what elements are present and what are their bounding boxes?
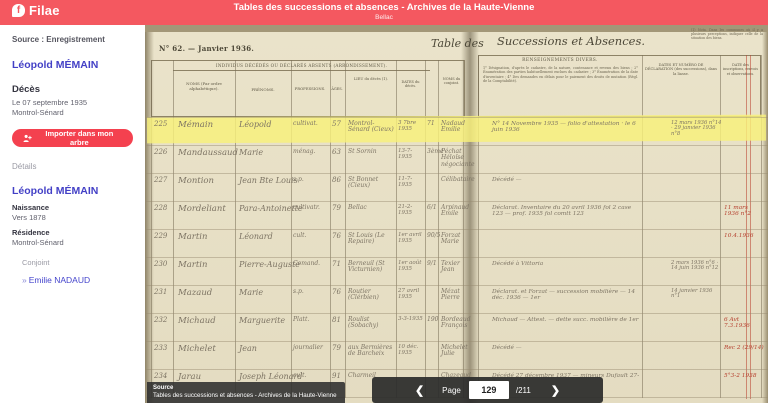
cell-age: 81: [332, 317, 341, 324]
cell-profession: cultivatr.: [293, 205, 328, 211]
cell-date: 11-7-1935: [398, 177, 424, 189]
cell-nom: Jarau: [178, 373, 201, 382]
right-column-declaration: DATES ET NUMÉRO DE DÉCLARATION (des succ…: [644, 63, 718, 76]
cell-age: 76: [332, 289, 341, 296]
cell-profession: journalier: [293, 345, 328, 351]
register-table-label: Table des: [431, 37, 484, 50]
right-header-text: 1° Désignation, d'après le cadastre, de …: [483, 66, 638, 83]
cell-lieu: Routier (Clérbien): [348, 289, 394, 302]
cell-lieu: Berneuil (St Victurnien): [348, 261, 394, 274]
cell-lieu: aux Bermières de Barcheix: [348, 345, 394, 358]
right-table-header-box: [478, 55, 761, 117]
cell-numero: 233: [154, 345, 167, 352]
import-to-tree-button[interactable]: Importer dans mon arbre: [12, 129, 133, 147]
cell-lieu: St Louis (Le Repaire): [348, 233, 394, 246]
register-rows: 225 Mémain Léopold cultivat. 57 Montrol-…: [145, 117, 768, 398]
cell-conjoint: Arpinaud Emile: [441, 205, 470, 218]
cell-nom: Michelet: [178, 345, 216, 354]
collection-title: Tables des successions et absences - Arc…: [0, 2, 768, 13]
cell-prenoms: Marie: [239, 289, 263, 297]
column-header-lieu: LIEU du décès (1).: [347, 77, 395, 81]
cell-profession: cult.: [293, 373, 328, 379]
cell-age: 91: [332, 373, 341, 380]
cell-declaration: 14 janvier 1936 n°1: [671, 289, 723, 300]
cell-date: 3 7bre 1935: [398, 121, 424, 133]
cell-age: 57: [332, 121, 341, 128]
left-header-band-title: INDIVIDUS DÉCÉDÉS OU DÉCLARÉS ABSENTS (A…: [173, 63, 430, 71]
header-titles: Tables des successions et absences - Arc…: [0, 2, 768, 21]
cell-prenoms: Léonard: [239, 233, 273, 241]
cell-renseignements: Décédé —: [492, 345, 640, 351]
cell-profession: ménag.: [293, 149, 328, 155]
page-total: /211: [516, 386, 531, 395]
cell-annotation-red: 11 mars 1936 n°2: [724, 205, 764, 217]
register-row: 225 Mémain Léopold cultivat. 57 Montrol-…: [145, 118, 768, 146]
cell-numero2: 190: [427, 317, 438, 323]
cell-numero: 234: [154, 373, 167, 380]
cell-conjoint: Michelet Julie: [441, 345, 470, 358]
cell-profession: Comand.: [293, 261, 328, 267]
add-person-icon: [23, 134, 32, 143]
column-header-noms: NOMS (Par ordre alphabétique).: [175, 81, 233, 91]
next-page-icon[interactable]: ❯: [547, 384, 564, 397]
register-row: 229 Martin Léonard cult. 76 St Louis (Le…: [145, 230, 768, 258]
cell-nom: Martin: [178, 261, 207, 270]
cell-date: 21-2-1935: [398, 205, 424, 217]
cell-numero: 225: [154, 121, 167, 128]
cell-age: 79: [332, 205, 341, 212]
cell-annotation-red: 5°3-2 1938: [724, 373, 764, 379]
register-row: 227 Montion Jean Bte Louis s.p. 86 St Bo…: [145, 174, 768, 202]
cell-age: 79: [332, 345, 341, 352]
right-header-title: RENSEIGNEMENTS DIVERS.: [485, 58, 635, 64]
register-row: 232 Michaud Marguerite Platt. 81 Roulist…: [145, 314, 768, 342]
cell-nom: Montion: [178, 177, 214, 186]
cell-nom: Mandaussaud: [178, 149, 238, 158]
chevron-right-icon: »: [22, 275, 27, 285]
cell-age: 86: [332, 177, 341, 184]
collection-subtitle: Bellac: [0, 14, 768, 21]
cell-annotation-red: 6 Avt 7.3.1936: [724, 317, 764, 329]
cell-renseignements: Déclarat. et Forzat — succession mobiliè…: [492, 289, 640, 301]
register-right-title: Successions et Absences.: [497, 34, 645, 48]
spouse-section-label: Conjoint: [22, 258, 133, 267]
birth-label: Naissance: [12, 203, 133, 212]
cell-date: 27 avril 1935: [398, 289, 424, 301]
spouse-name: Emilie NADAUD: [29, 275, 90, 285]
cell-nom: Mémain: [178, 121, 213, 130]
cell-profession: s.p.: [293, 177, 328, 183]
cell-conjoint: Forzat Marie: [441, 233, 470, 246]
cell-conjoint: Péchat Héloïse négociante: [441, 149, 470, 168]
cell-age: 76: [332, 233, 341, 240]
source-type-label: Source : Enregistrement: [12, 35, 133, 44]
register-row: 226 Mandaussaud Marie ménag. 63 St Sorni…: [145, 146, 768, 174]
cell-numero2: 71: [427, 121, 435, 127]
import-button-label: Importer dans mon arbre: [37, 129, 122, 147]
cell-prenoms: Pierre-Auguste: [239, 261, 300, 269]
source-overlay: Source Tables des successions et absence…: [147, 382, 345, 403]
residence-value: Montrol-Sénard: [12, 238, 133, 247]
cell-numero: 231: [154, 289, 167, 296]
cell-conjoint: Nadaud Emilie: [441, 121, 470, 134]
top-header: f Filae Tables des successions et absenc…: [0, 0, 768, 25]
cell-date: 1er avril 1935: [398, 233, 424, 245]
cell-conjoint: Bordeaud François: [441, 317, 470, 330]
right-column-observations: DATE des inscriptions, renvois et observ…: [722, 63, 759, 76]
cell-date: 1er août 1935: [398, 261, 424, 273]
source-overlay-label: Source: [153, 385, 339, 391]
cell-lieu: St Bonnet (Cieux): [348, 177, 394, 190]
cell-age: 71: [332, 261, 341, 268]
column-header-date: DATES du décès.: [397, 80, 424, 89]
column-header-professions: PROFESSIONS.: [292, 87, 328, 92]
cell-numero: 228: [154, 205, 167, 212]
app-window: f Filae Tables des successions et absenc…: [0, 0, 768, 403]
event-date: Le 07 septembre 1935: [12, 98, 133, 108]
event-type-label: Décès: [12, 84, 133, 95]
cell-renseignements: Déclarat. Inventaire du 20 avril 1936 fo…: [492, 205, 640, 217]
page-number-input[interactable]: [469, 381, 509, 399]
details-section-label: Détails: [12, 162, 133, 171]
spouse-link[interactable]: »Emilie NADAUD: [22, 275, 133, 285]
column-header-conjoint: NOMS du conjoint.: [439, 77, 464, 86]
cell-nom: Mordeliant: [178, 205, 226, 214]
cell-numero: 230: [154, 261, 167, 268]
register-row: 230 Martin Pierre-Auguste Comand. 71 Ber…: [145, 258, 768, 286]
cell-nom: Mazaud: [178, 289, 212, 298]
cell-renseignements: Michaud — Attest. — dette succ. mobilièr…: [492, 317, 640, 323]
cell-numero2: 6/1: [427, 205, 437, 211]
cell-numero2: 9/1: [427, 261, 437, 267]
cell-declaration: 12 mars 1936 n°14 · 29 janvier 1936 n°8: [671, 121, 723, 137]
column-header-prenoms: PRÉNOMS.: [237, 87, 289, 92]
cell-profession: cultivat.: [293, 121, 328, 127]
cell-conjoint: Célibataire: [441, 177, 470, 183]
person-name: Léopold MÉMAIN: [12, 59, 133, 71]
event-place: Montrol-Sénard: [12, 108, 133, 118]
cell-numero: 226: [154, 149, 167, 156]
register-folio-label: N° 62. — Janvier 1936.: [159, 44, 254, 53]
cell-renseignements: N° 14 Novembre 1935 — folio d'attestatio…: [492, 121, 640, 133]
cell-renseignements: Décédé à Vittoria: [492, 261, 640, 267]
cell-declaration: 2 mars 1936 n°6 · 14 juin 1936 n°12: [671, 261, 723, 272]
register-row: 231 Mazaud Marie s.p. 76 Routier (Clérbi…: [145, 286, 768, 314]
cell-numero: 232: [154, 317, 167, 324]
cell-annotation-red: Rec 2 (29/14): [724, 345, 764, 351]
cell-date: 3-3-1935: [398, 317, 424, 323]
cell-numero: 227: [154, 177, 167, 184]
register-corner-note: (1) Nota. Dans les communes où il y a pl…: [691, 28, 763, 40]
cell-prenoms: Léopold: [239, 121, 271, 129]
record-sidebar: Source : Enregistrement Léopold MÉMAIN D…: [0, 25, 145, 403]
page-navigation: ❮ Page /211 ❯: [372, 377, 603, 403]
cell-prenoms: Marguerite: [239, 317, 285, 325]
cell-date: 10 déc. 1935: [398, 345, 424, 357]
column-header-ages: ÂGES.: [330, 87, 344, 91]
spouse-section: Conjoint »Emilie NADAUD: [22, 258, 133, 285]
register-row: 228 Mordeliant Para-Antoinette cultivatr…: [145, 202, 768, 230]
cell-numero: 229: [154, 233, 167, 240]
cell-prenoms: Marie: [239, 149, 263, 157]
register-row: 233 Michelet Jean journalier 79 aux Berm…: [145, 342, 768, 370]
cell-renseignements: Décédé —: [492, 177, 640, 183]
document-viewer[interactable]: N° 62. — Janvier 1936. Table des Success…: [145, 25, 768, 403]
cell-prenoms: Jean Bte Louis: [239, 177, 298, 185]
cell-profession: Platt.: [293, 317, 328, 323]
cell-annotation-red: 10.4.1936: [724, 233, 764, 239]
previous-page-icon[interactable]: ❮: [411, 384, 428, 397]
source-overlay-title: Tables des successions et absences - Arc…: [153, 392, 339, 399]
cell-conjoint: Texier Jean: [441, 261, 470, 274]
cell-age: 63: [332, 149, 341, 156]
cell-nom: Michaud: [178, 317, 216, 326]
cell-lieu: Montrol-Sénard (Cieux): [348, 121, 394, 134]
cell-conjoint: Mézat Pierre: [441, 289, 470, 302]
cell-numero2: 90/5: [427, 233, 440, 239]
cell-nom: Martin: [178, 233, 207, 242]
cell-date: 13-7-1935: [398, 149, 424, 161]
page-label: Page: [442, 386, 461, 395]
details-person-name: Léopold MÉMAIN: [12, 185, 133, 197]
birth-value: Vers 1878: [12, 213, 133, 222]
cell-lieu: Roulist (Sobachy): [348, 317, 394, 330]
cell-profession: cult.: [293, 233, 328, 239]
cell-profession: s.p.: [293, 289, 328, 295]
cell-prenoms: Jean: [239, 345, 257, 353]
cell-lieu: Bellac: [348, 205, 394, 211]
residence-label: Résidence: [12, 228, 133, 237]
cell-lieu: St Sornin: [348, 149, 394, 155]
